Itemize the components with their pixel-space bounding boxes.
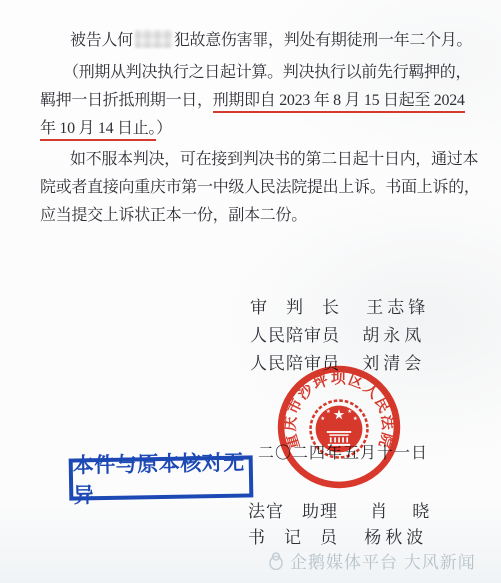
verdict-line-1-post: 犯故意伤害罪，判处有期徒刑一年二个月。: [174, 32, 472, 49]
court-judgment-document: 被告人何犯故意伤害罪，判处有期徒刑一年二个月。 （刑期从判决执行之日起计算。判决…: [0, 0, 501, 583]
signature-role: 人民陪审员: [250, 321, 340, 346]
verification-stamp: 本件与原本核对无异: [69, 455, 254, 500]
appeal-line-2: 院或者直接向重庆市第一中级人民法院提出上诉。书面上诉的，: [40, 177, 480, 199]
media-watermark-text: 企鹅媒体平台 大风新闻: [290, 548, 476, 573]
term-line-2: 羁押一日折抵刑期一日，刑期即自 2023 年 8 月 15 日起至 2024: [40, 90, 465, 112]
signature-role: 审 判 长: [250, 293, 340, 318]
appeal-line-3: 应当提交上诉状正本一份，副本二份。: [40, 205, 307, 227]
verdict-line-1: 被告人何犯故意伤害罪，判处有期徒刑一年二个月。: [70, 30, 472, 52]
term-dates-underlined-1: 刑期即自 2023 年 8 月 15 日起至 2024: [213, 92, 465, 113]
staff-name: 杨秋波: [364, 523, 427, 548]
signature-name: 王志锋: [366, 293, 429, 318]
national-emblem-icon: [311, 401, 368, 458]
penguin-icon: [268, 552, 284, 570]
term-line-3: 年 10 月 14 日止。）: [40, 118, 172, 140]
signature-presiding-judge: 审 判 长 王志锋: [250, 293, 429, 318]
redacted-name-blur: [135, 30, 172, 48]
verdict-line-1-pre: 被告人何: [70, 32, 133, 49]
term-line-3-post: ）: [156, 120, 172, 137]
staff-role: 法官 助理: [248, 497, 338, 522]
staff-judge-assistant: 法官 助理 肖 晓: [248, 497, 433, 522]
staff-clerk: 书 记 员 杨秋波: [248, 523, 427, 548]
signature-juror-1: 人民陪审员 胡永凤: [250, 321, 425, 346]
term-dates-underlined-2: 年 10 月 14 日止。: [40, 120, 156, 141]
signature-name: 胡永凤: [362, 321, 425, 346]
term-line-2-pre: 羁押一日折抵刑期一日，: [40, 92, 213, 109]
media-watermark: 企鹅媒体平台 大风新闻: [268, 548, 476, 573]
staff-role: 书 记 员: [248, 523, 338, 548]
term-line-1: （刑期从判决执行之日起计算。判决执行以前先行羁押的，: [63, 62, 471, 84]
appeal-line-1: 如不服本判决，可在接到判决书的第二日起十日内，通过本: [70, 149, 478, 171]
court-seal: 重庆市沙坪坝区人民法院: [276, 364, 402, 490]
staff-name: 肖 晓: [370, 497, 433, 522]
